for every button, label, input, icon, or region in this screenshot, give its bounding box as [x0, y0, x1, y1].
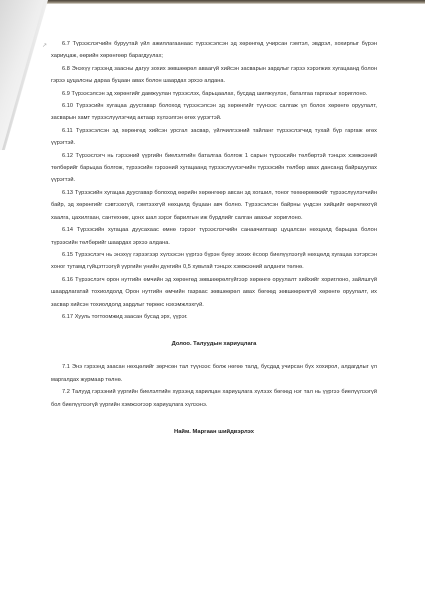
clause-6-15: 6.15 Түрээслэгч нь энэхүү гэрээгээр хүлэ…	[51, 249, 377, 274]
clause-7-1: 7.1 Энэ гэрээнд заасан нөхцөлийг зөрчсөн…	[51, 361, 377, 386]
section-gap	[51, 347, 377, 361]
clause-6-14: 6.14 Түрээсийн хугацаа дуусахаас өмнө гэ…	[51, 224, 377, 249]
clause-6-12: 6.12 Түрээслэгч нь гэрээний үүргийн биел…	[51, 150, 377, 187]
clause-6-10: 6.10 Түрээсийн хугацаа дуусгавар болоход…	[51, 100, 377, 125]
scan-top-edge	[0, 0, 425, 4]
clause-6-13: 6.13 Түрээсийн хугацаа дуусгавар болоход…	[51, 187, 377, 224]
section-8-title: Найм. Маргаан шийдвэрлэх	[51, 429, 377, 435]
scan-mark: ↗	[42, 42, 47, 49]
clause-6-11: 6.11 Түрээсэлсэн эд хөрөнгөд хийсэн урсг…	[51, 125, 377, 150]
clause-6-9: 6.9 Түрээсэлсэн эд хөрөнгийг дамжуулан т…	[51, 88, 377, 100]
clause-7-2: 7.2 Талууд гэрээний үүргийн биелэлтийн х…	[51, 386, 377, 411]
section-gap	[51, 411, 377, 429]
clause-6-16: 6.16 Түрээслэгч орон нутгийн өмчийн эд х…	[51, 274, 377, 311]
document-page: 6.7 Түрээслэгчийн буруутай үйл ажиллагаа…	[51, 38, 377, 435]
section-gap	[51, 323, 377, 341]
clause-6-7: 6.7 Түрээслэгчийн буруутай үйл ажиллагаа…	[51, 38, 377, 63]
clause-6-8: 6.8 Энэхүү гэрээнд заасны дагуу зохих зө…	[51, 63, 377, 88]
clause-6-17: 6.17 Хууль тогтоомжид заасан бусад эрх, …	[51, 311, 377, 323]
